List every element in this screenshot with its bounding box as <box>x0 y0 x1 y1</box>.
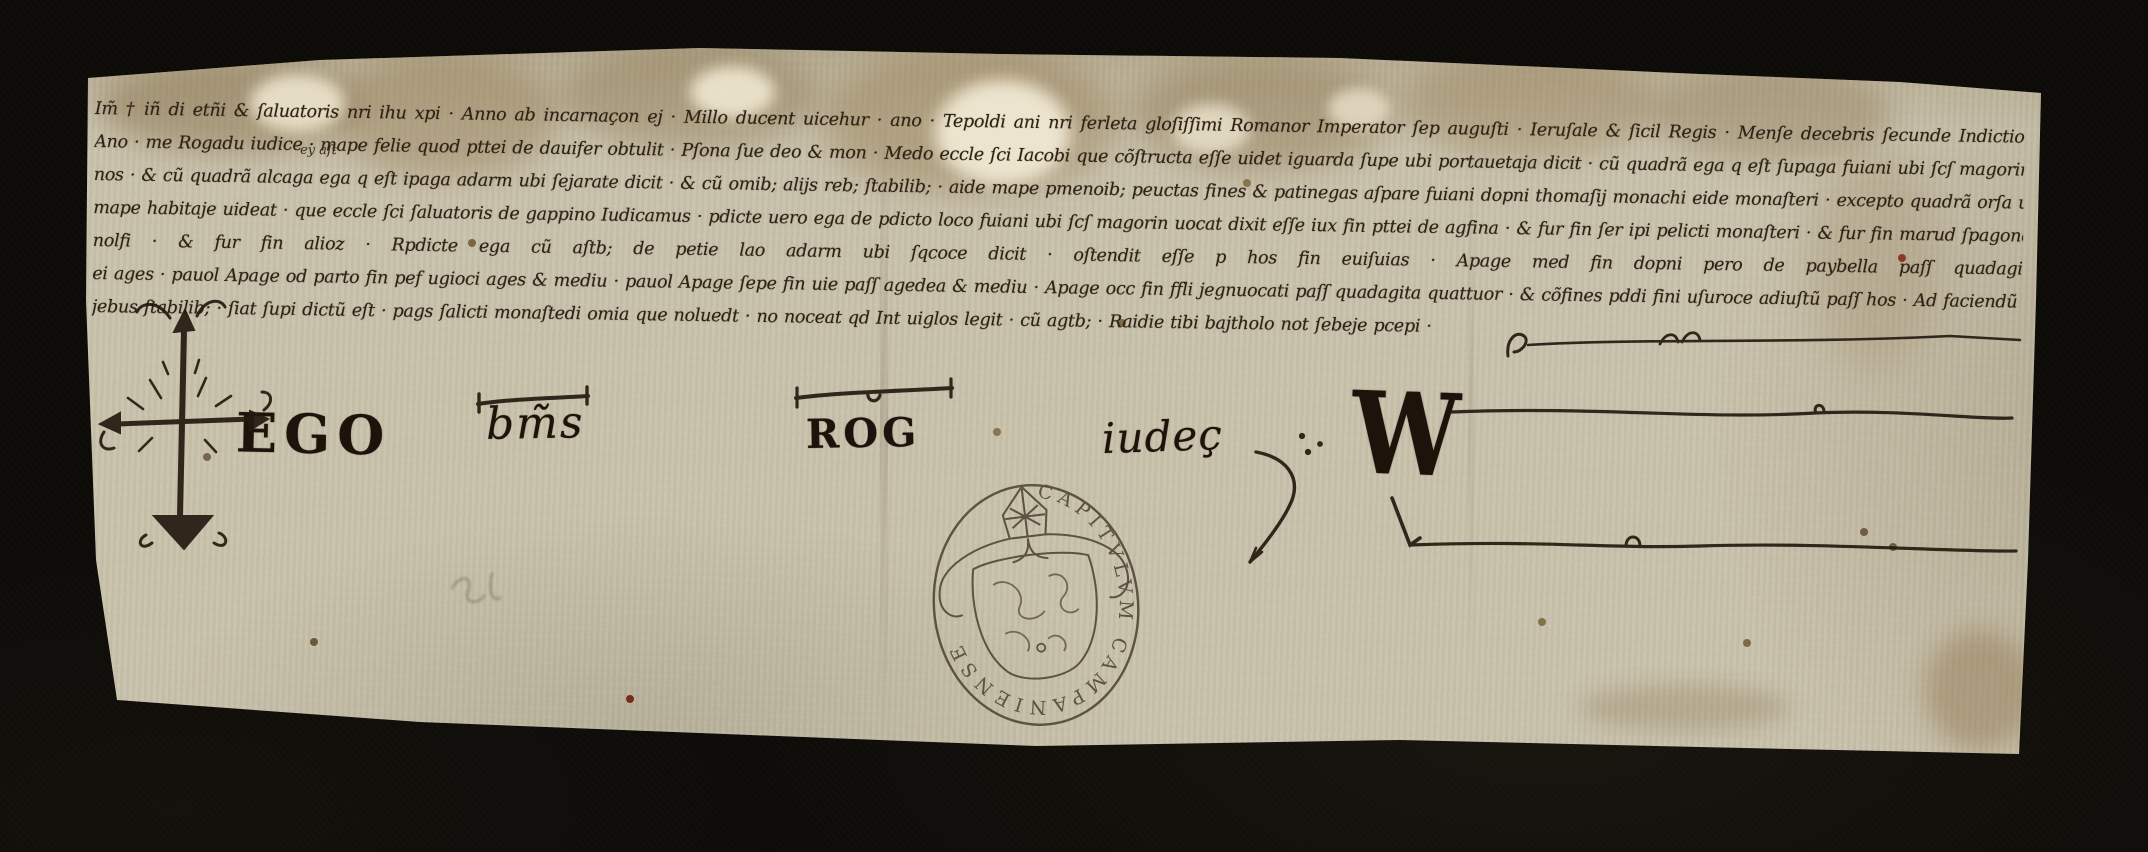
parchment-document: Im̃ † iñ di etñi & ſaluatoris nri ihu xp… <box>0 0 2148 852</box>
parchment-edge-shading <box>0 0 2148 852</box>
ink-speckles <box>0 0 4 4</box>
photograph-background: Im̃ † iñ di etñi & ſaluatoris nri ihu xp… <box>0 0 2148 852</box>
